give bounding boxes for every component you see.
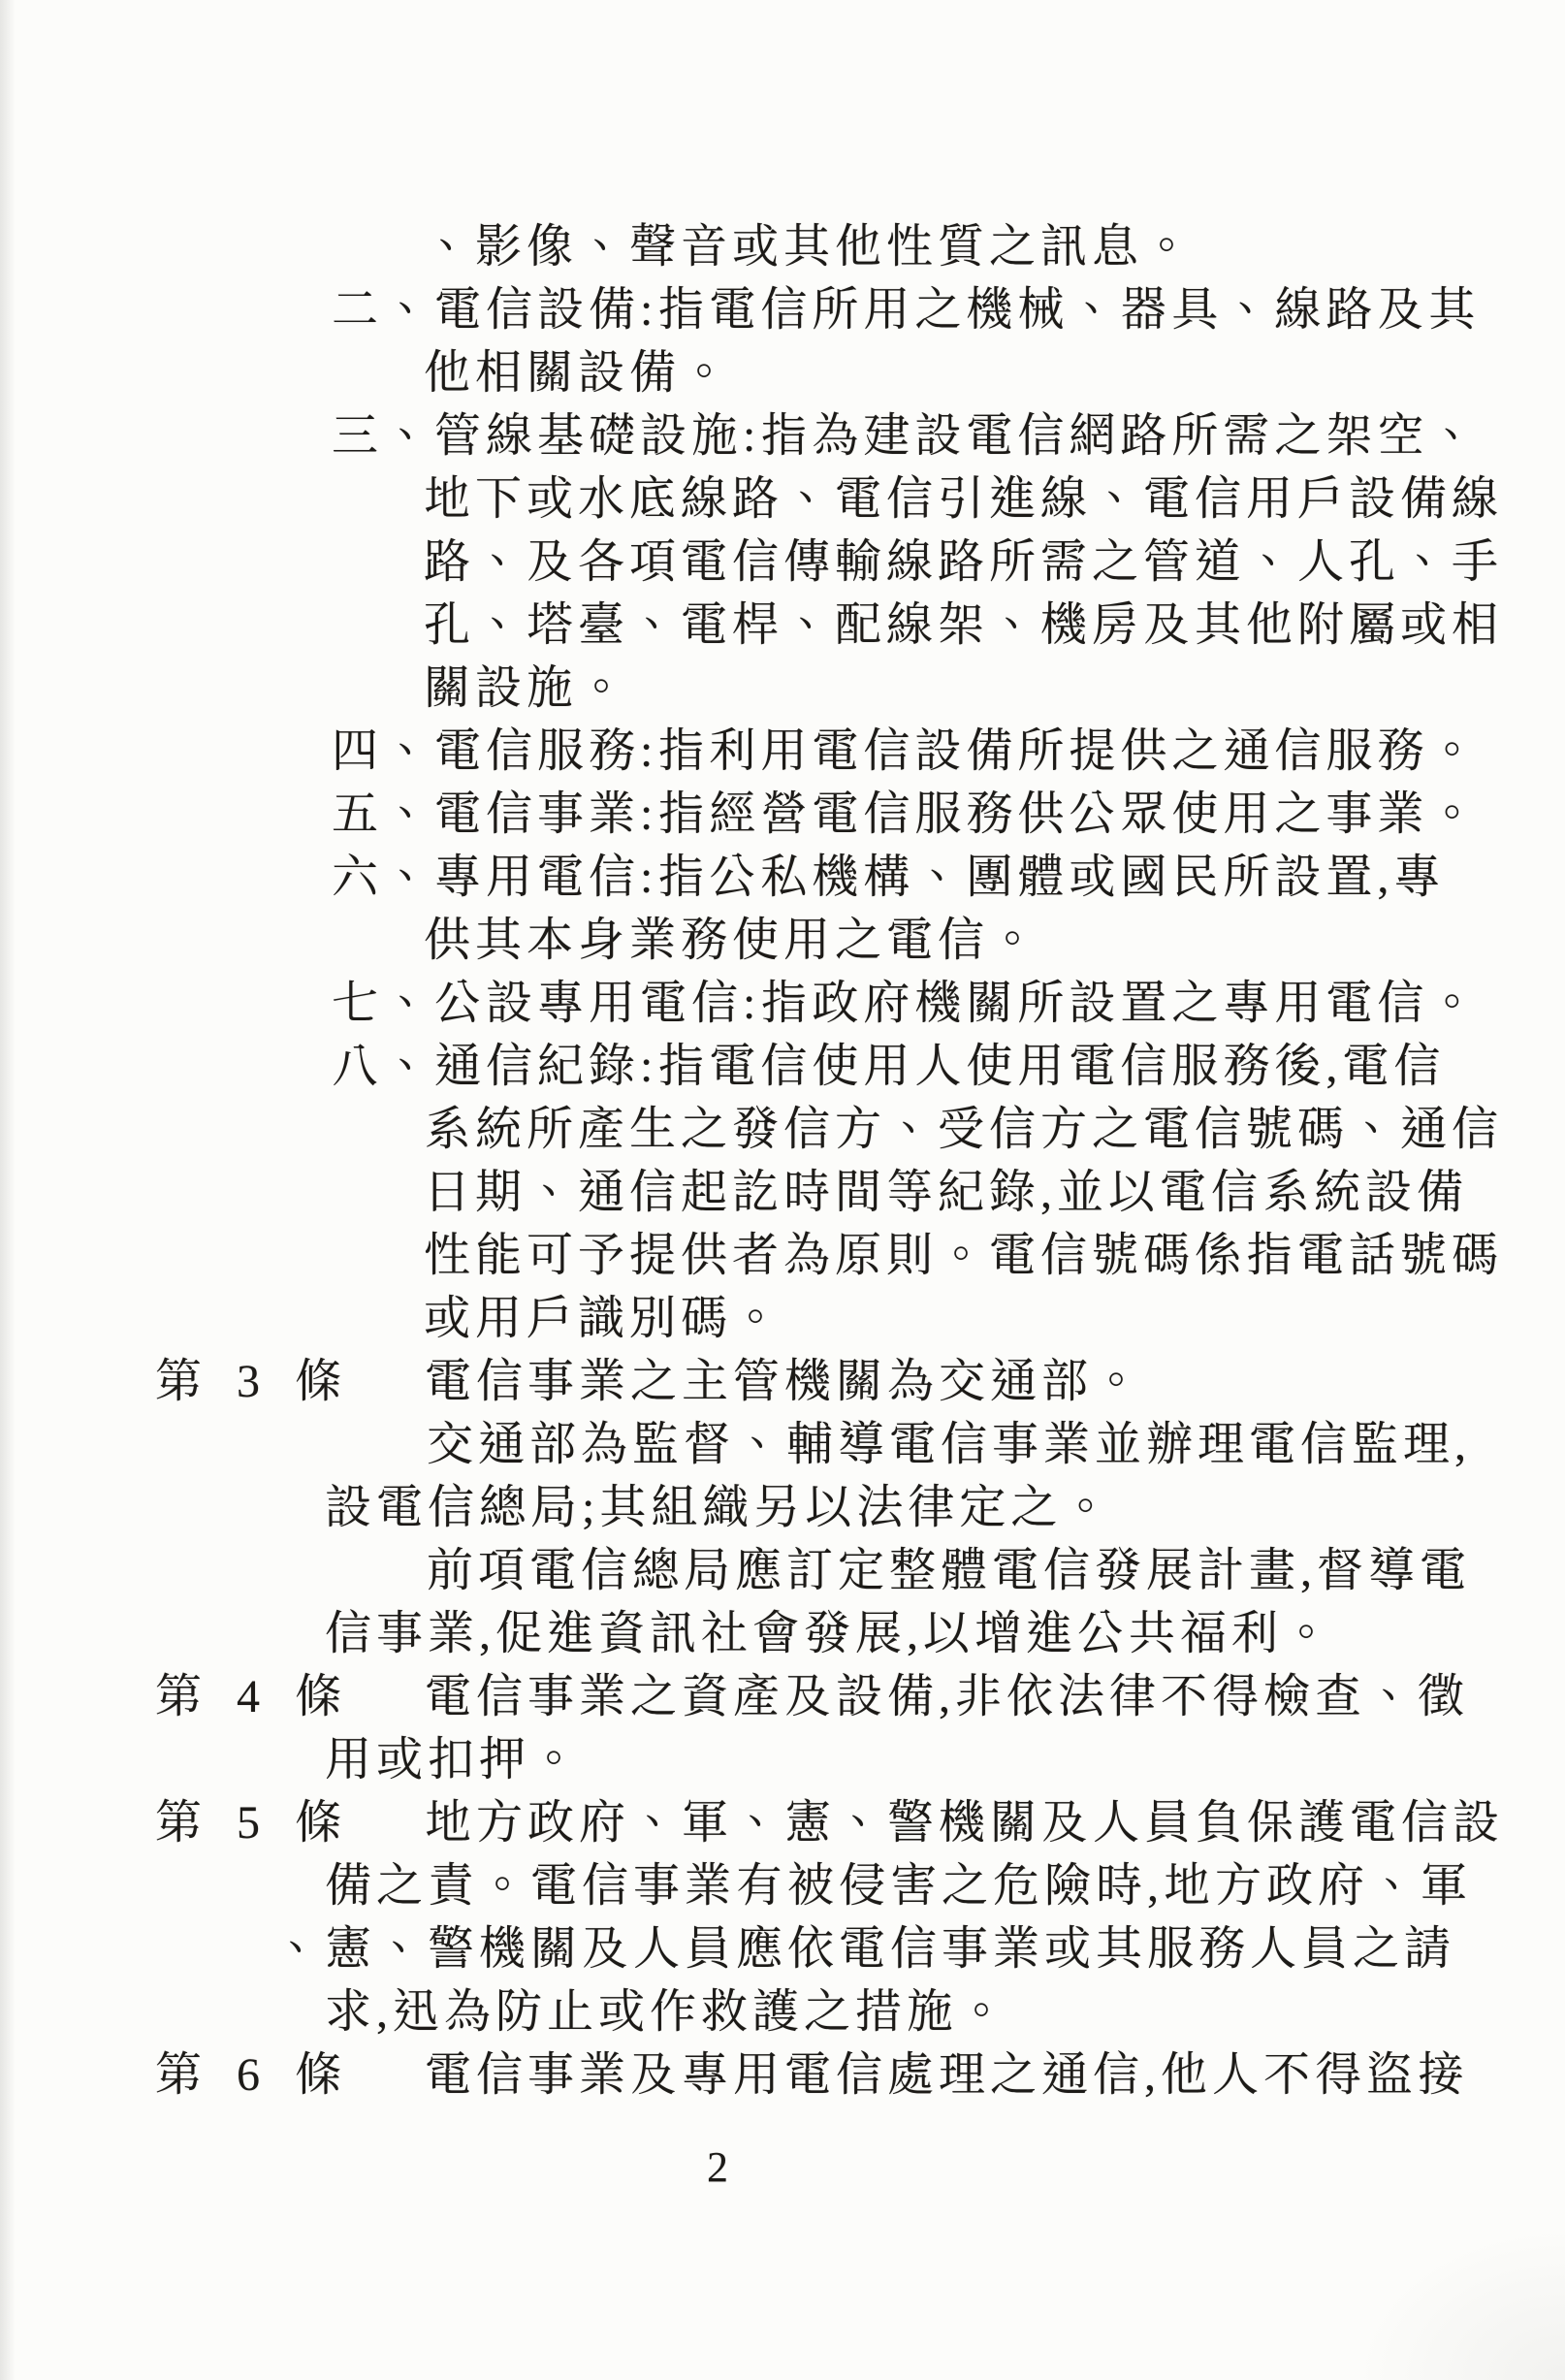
scanned-document-page: 、影像、聲音或其他性質之訊息。 二、電信設備:指電信所用之機械、器具、線路及其 … (0, 0, 1565, 2380)
article-text: 電信事業之主管機關為交通部。 (425, 1356, 1144, 1407)
article-text: 電信事業及專用電信處理之通信,他人不得盜接 (425, 2049, 1469, 2101)
article-line: 第 6 條電信事業及專用電信處理之通信,他人不得盜接 (155, 2043, 1565, 2107)
list-item-line: 二、電信設備:指電信所用之機械、器具、線路及其 (332, 278, 1565, 341)
text-line: 系統所產生之發信方、受信方之電信號碼、通信 (424, 1098, 1565, 1161)
article-line: 第 5 條地方政府、軍、憲、警機關及人員負保護電信設 (155, 1791, 1565, 1854)
list-item-line: 五、電信事業:指經營電信服務供公眾使用之事業。 (332, 783, 1565, 846)
text-line: 地下或水底線路、電信引進線、電信用戶設備線 (424, 467, 1565, 531)
article-number-label: 第 4 條 (155, 1665, 425, 1728)
text-line: 用或扣押。 (325, 1728, 1565, 1791)
article-line: 第 3 條電信事業之主管機關為交通部。 (155, 1350, 1565, 1413)
text-line: 孔、塔臺、電桿、配線架、機房及其他附屬或相 (424, 594, 1565, 657)
text-line: 性能可予提供者為原則。電信號碼係指電話號碼 (424, 1224, 1565, 1287)
article-number-label: 第 5 條 (155, 1791, 425, 1854)
text-line: 交通部為監督、輔導電信事業並辦理電信監理, (427, 1413, 1565, 1476)
article-line: 第 4 條電信事業之資產及設備,非依法律不得檢查、徵 (155, 1665, 1565, 1728)
list-item-line: 八、通信紀錄:指電信使用人使用電信服務後,電信 (332, 1035, 1565, 1098)
text-line: 路、及各項電信傳輸線路所需之管道、人孔、手 (424, 531, 1565, 594)
text-line: 信事業,促進資訊社會發展,以增進公共福利。 (325, 1602, 1565, 1665)
list-item-line: 三、管線基礎設施:指為建設電信網路所需之架空、 (332, 404, 1565, 467)
text-line: 、影像、聲音或其他性質之訊息。 (424, 215, 1565, 278)
page-number: 2 (0, 2136, 1435, 2199)
list-item-line: 四、電信服務:指利用電信設備所提供之通信服務。 (332, 720, 1565, 783)
text-line: 、憲、警機關及人員應依電信事業或其服務人員之請 (273, 1917, 1565, 1980)
article-number-label: 第 3 條 (155, 1350, 425, 1413)
document-text-block: 、影像、聲音或其他性質之訊息。 二、電信設備:指電信所用之機械、器具、線路及其 … (0, 215, 1565, 2107)
text-line: 前項電信總局應訂定整體電信發展計畫,督導電 (427, 1539, 1565, 1602)
article-number-label: 第 6 條 (155, 2043, 425, 2107)
text-line: 備之責。電信事業有被侵害之危險時,地方政府、軍 (325, 1854, 1565, 1917)
list-item-line: 七、公設專用電信:指政府機關所設置之專用電信。 (332, 972, 1565, 1035)
text-line: 設電信總局;其組織另以法律定之。 (325, 1476, 1565, 1539)
text-line: 日期、通信起訖時間等紀錄,並以電信系統設備 (424, 1161, 1565, 1224)
text-line: 或用戶識別碼。 (424, 1287, 1565, 1350)
article-text: 地方政府、軍、憲、警機關及人員負保護電信設 (425, 1797, 1504, 1849)
text-line: 他相關設備。 (424, 341, 1565, 404)
text-line: 關設施。 (424, 657, 1565, 720)
text-line: 供其本身業務使用之電信。 (424, 909, 1565, 972)
article-text: 電信事業之資產及設備,非依法律不得檢查、徵 (425, 1671, 1469, 1722)
paper-corner-shading (1352, 2225, 1565, 2380)
list-item-line: 六、專用電信:指公私機構、團體或國民所設置,專 (332, 846, 1565, 909)
text-line: 求,迅為防止或作救護之措施。 (325, 1980, 1565, 2043)
